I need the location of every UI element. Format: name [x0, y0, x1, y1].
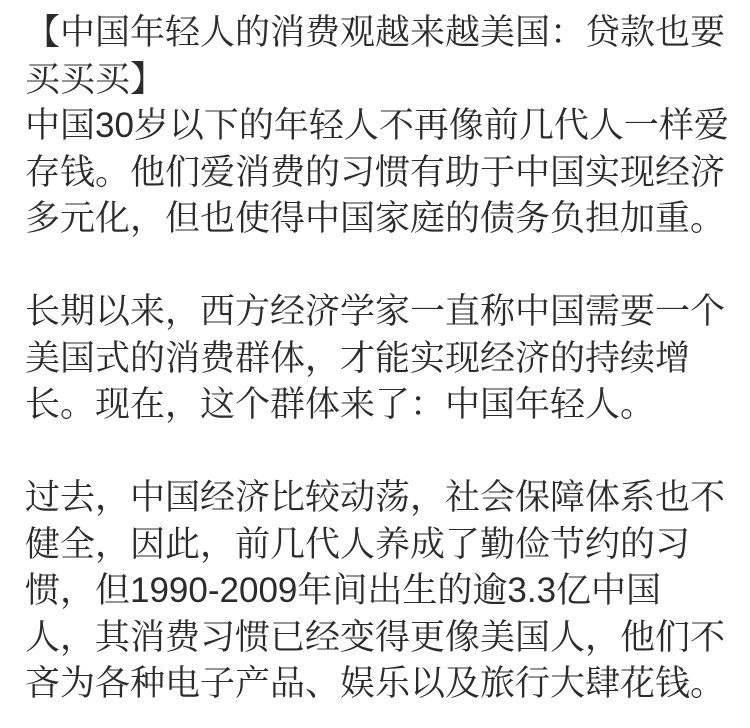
article-body: 【中国年轻人的消费观越来越美国：贷款也要 买买买】 中国30岁以下的年轻人不再像…: [0, 0, 750, 708]
text-line: 人，其消费习惯已经变得更像美国人，他们不: [25, 615, 725, 662]
text-line: 健全，因此，前几代人养成了勤俭节约的习: [25, 522, 725, 569]
title-line: 买买买】: [25, 57, 725, 104]
text-line: 美国式的消费群体，才能实现经济的持续增: [25, 336, 725, 383]
text-line: 长期以来，西方经济学家一直称中国需要一个: [25, 289, 725, 336]
paragraph-3: 过去，中国经济比较动荡，社会保障体系也不 健全，因此，前几代人养成了勤俭节约的习…: [25, 475, 725, 708]
text-line: 多元化，但也使得中国家庭的债务负担加重。: [25, 196, 725, 243]
text-line: 吝为各种电子产品、娱乐以及旅行大肆花钱。: [25, 661, 725, 708]
text-line: 长。现在，这个群体来了：中国年轻人。: [25, 382, 725, 429]
paragraph-title-and-lead: 【中国年轻人的消费观越来越美国：贷款也要 买买买】 中国30岁以下的年轻人不再像…: [25, 10, 725, 243]
text-line: 过去，中国经济比较动荡，社会保障体系也不: [25, 475, 725, 522]
text-line: 存钱。他们爱消费的习惯有助于中国实现经济: [25, 150, 725, 197]
paragraph-2: 长期以来，西方经济学家一直称中国需要一个 美国式的消费群体，才能实现经济的持续增…: [25, 289, 725, 429]
text-line: 中国30岁以下的年轻人不再像前几代人一样爱: [25, 103, 725, 150]
title-line: 【中国年轻人的消费观越来越美国：贷款也要: [25, 10, 725, 57]
text-line: 惯，但1990-2009年间出生的逾3.3亿中国: [25, 568, 725, 615]
